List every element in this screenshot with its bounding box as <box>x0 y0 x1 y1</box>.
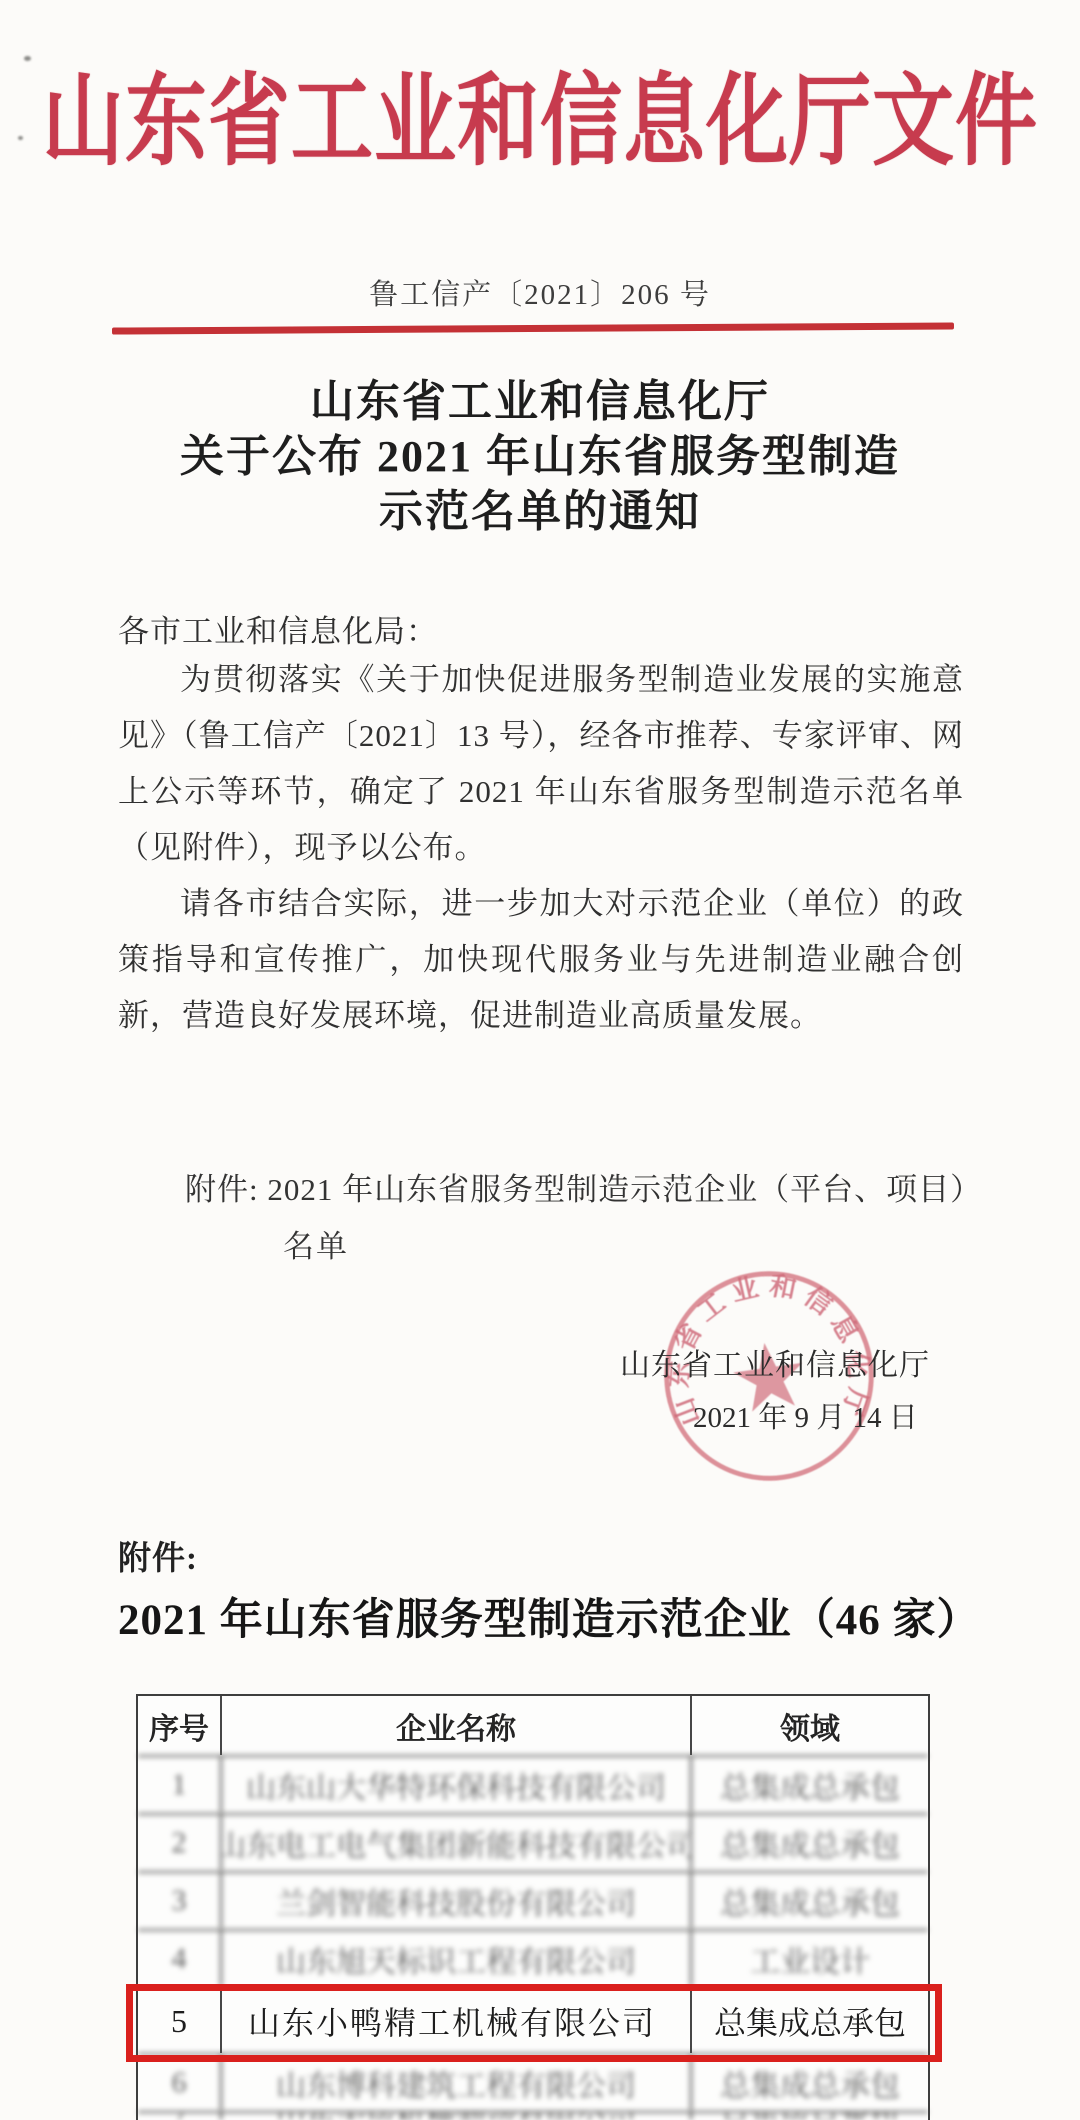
row-index: 1 <box>138 1757 222 1813</box>
table-header-field: 领域 <box>692 1696 928 1755</box>
attachment-section-title: 2021 年山东省服务型制造示范企业（46 家） <box>118 1586 968 1647</box>
table-row: 1 山东山大华特环保科技有限公司 总集成总承包 <box>138 1755 928 1813</box>
body-paragraph-2: 请各市结合实际，进一步加大对示范企业（单位）的政策指导和宣传推广，加快现代服务业… <box>118 876 964 1044</box>
table-header-company: 企业名称 <box>222 1696 692 1755</box>
document-number: 鲁工信产〔2021〕206 号 <box>0 272 1080 313</box>
row-company-name: 山东山大华特环保科技有限公司 <box>222 1757 692 1813</box>
table-header-row: 序号 企业名称 领域 <box>138 1696 928 1755</box>
signing-authority: 山东省工业和信息化厅 <box>620 1340 926 1384</box>
row-index: 3 <box>138 1873 222 1929</box>
row-index: 4 <box>138 1931 222 1987</box>
body-paragraph-1: 为贯彻落实《关于加快促进服务型制造业发展的实施意见》（鲁工信产〔2021〕13 … <box>118 652 964 876</box>
table-row: 6 山东博科建筑工程有限公司 总集成总承包 <box>138 2053 928 2111</box>
row-field: 总集成总承包 <box>692 2055 928 2111</box>
row-field: 总集成总承包 <box>692 1989 928 2053</box>
attachment-table-body: 1 山东山大华特环保科技有限公司 总集成总承包 2 山东电工电气集团新能科技有限… <box>138 1755 928 2120</box>
document-masthead: 山东省工业和信息化厅文件 <box>0 42 1080 185</box>
row-company-name: 山东博科建筑工程有限公司 <box>222 2055 692 2111</box>
table-row: 4 山东旭天标识工程有限公司 工业设计 <box>138 1929 928 1987</box>
row-company-name: 山东天成机械制造有限公司 <box>222 2113 692 2120</box>
table-header-index: 序号 <box>138 1696 222 1755</box>
row-index: 5 <box>138 1989 222 2053</box>
attachment-section-label: 附件: <box>118 1532 198 1579</box>
document-body: 为贯彻落实《关于加快促进服务型制造业发展的实施意见》（鲁工信产〔2021〕13 … <box>118 652 964 1044</box>
table-row: 2 山东电工电气集团新能科技有限公司 总集成总承包 <box>138 1813 928 1871</box>
attachment-note-line-1: 附件: 2021 年山东省服务型制造示范企业（平台、项目） <box>185 1164 985 1209</box>
table-row: 5 山东小鸭精工机械有限公司 总集成总承包 <box>138 1987 928 2053</box>
attachment-table: 序号 企业名称 领域 1 山东山大华特环保科技有限公司 总集成总承包 2 山东电… <box>136 1694 930 2120</box>
document-title-line-2: 关于公布 2021 年山东省服务型制造 <box>0 429 1080 484</box>
row-field: 总集成总承包 <box>692 1815 928 1871</box>
signing-date: 2021 年 9 月 14 日 <box>693 1395 923 1436</box>
attachment-note-line-2: 名单 <box>283 1221 349 1266</box>
red-divider-line <box>112 322 954 334</box>
row-field: 总集成总承包 <box>692 1873 928 1929</box>
row-field: 总集成总承包 <box>692 2113 928 2120</box>
document-title: 山东省工业和信息化厅 关于公布 2021 年山东省服务型制造 示范名单的通知 <box>0 374 1080 539</box>
row-company-name: 山东电工电气集团新能科技有限公司 <box>222 1815 692 1871</box>
row-company-name: 兰剑智能科技股份有限公司 <box>222 1873 692 1929</box>
row-index: 7 <box>138 2113 222 2120</box>
document-title-line-3: 示范名单的通知 <box>0 484 1080 539</box>
table-row: 7 山东天成机械制造有限公司 总集成总承包 <box>138 2111 928 2120</box>
row-index: 2 <box>138 1815 222 1871</box>
row-field: 总集成总承包 <box>692 1757 928 1813</box>
scanned-official-document: 山东省工业和信息化厅文件 鲁工信产〔2021〕206 号 山东省工业和信息化厅 … <box>0 0 1080 2120</box>
row-index: 6 <box>138 2055 222 2111</box>
row-company-name: 山东旭天标识工程有限公司 <box>222 1931 692 1987</box>
salutation: 各市工业和信息化局： <box>118 606 963 651</box>
document-title-line-1: 山东省工业和信息化厅 <box>0 374 1080 429</box>
row-company-name: 山东小鸭精工机械有限公司 <box>222 1989 692 2053</box>
table-row: 3 兰剑智能科技股份有限公司 总集成总承包 <box>138 1871 928 1929</box>
row-field: 工业设计 <box>692 1931 928 1987</box>
